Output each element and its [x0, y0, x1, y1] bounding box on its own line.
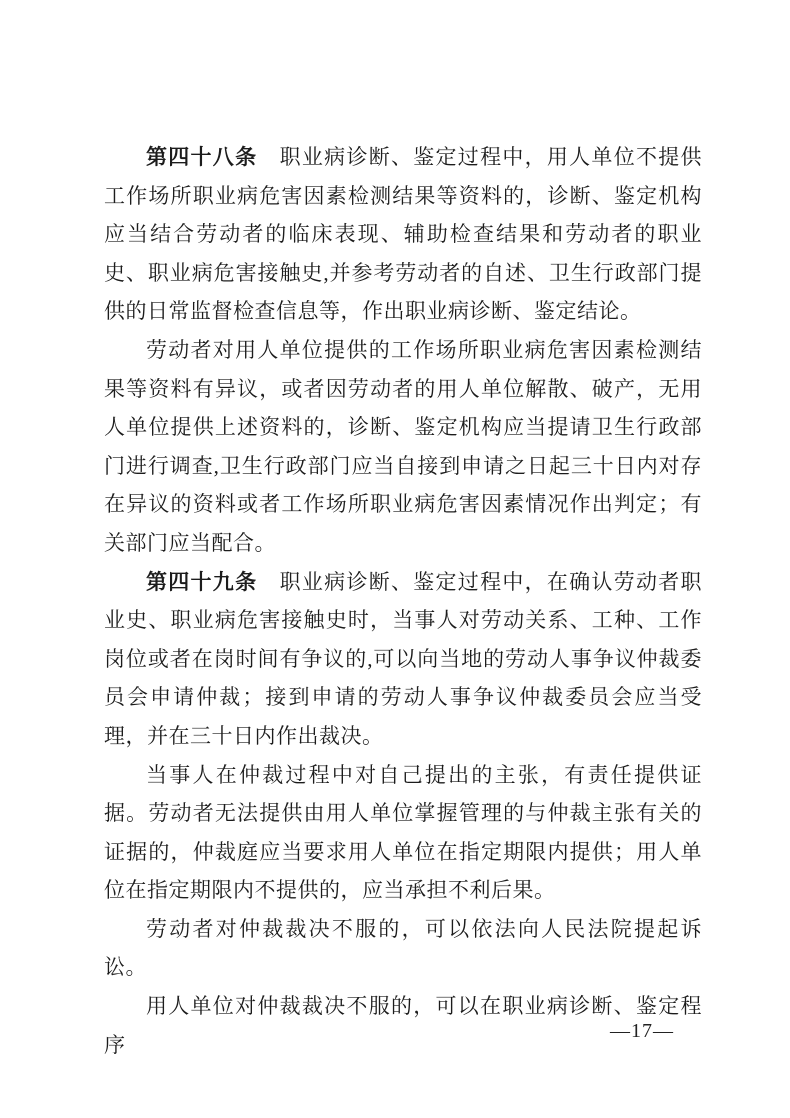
article-48-number: 第四十八条: [146, 145, 257, 169]
article-49-number: 第四十九条: [146, 570, 257, 594]
article-49-paragraph-2-text: 当事人在仲裁过程中对自己提出的主张，有责任提供证据。劳动者无法提供由用人单位掌握…: [104, 763, 702, 903]
article-48-paragraph-2-text: 劳动者对用人单位提供的工作场所职业病危害因素检测结果等资料有异议，或者因劳动者的…: [104, 338, 702, 555]
article-48-paragraph-2: 劳动者对用人单位提供的工作场所职业病危害因素检测结果等资料有异议，或者因劳动者的…: [104, 331, 702, 563]
article-49-text: 职业病诊断、鉴定过程中，在确认劳动者职业史、职业病危害接触史时，当事人对劳动关系…: [104, 570, 702, 748]
article-49-paragraph-2: 当事人在仲裁过程中对自己提出的主张，有责任提供证据。劳动者无法提供由用人单位掌握…: [104, 756, 702, 910]
article-49-paragraph-3: 劳动者对仲裁裁决不服的，可以依法向人民法院提起诉讼。: [104, 910, 702, 987]
document-page: 第四十八条 职业病诊断、鉴定过程中，用人单位不提供工作场所职业病危害因素检测结果…: [0, 0, 790, 1118]
page-number: —17—: [610, 1020, 674, 1043]
article-49-paragraph-3-text: 劳动者对仲裁裁决不服的，可以依法向人民法院提起诉讼。: [104, 917, 702, 980]
article-48-text: 职业病诊断、鉴定过程中，用人单位不提供工作场所职业病危害因素检测结果等资料的，诊…: [104, 145, 702, 323]
article-49-paragraph: 第四十九条 职业病诊断、鉴定过程中，在确认劳动者职业史、职业病危害接触史时，当事…: [104, 563, 702, 756]
document-body: 第四十八条 职业病诊断、鉴定过程中，用人单位不提供工作场所职业病危害因素检测结果…: [104, 138, 702, 1064]
article-48-paragraph: 第四十八条 职业病诊断、鉴定过程中，用人单位不提供工作场所职业病危害因素检测结果…: [104, 138, 702, 331]
